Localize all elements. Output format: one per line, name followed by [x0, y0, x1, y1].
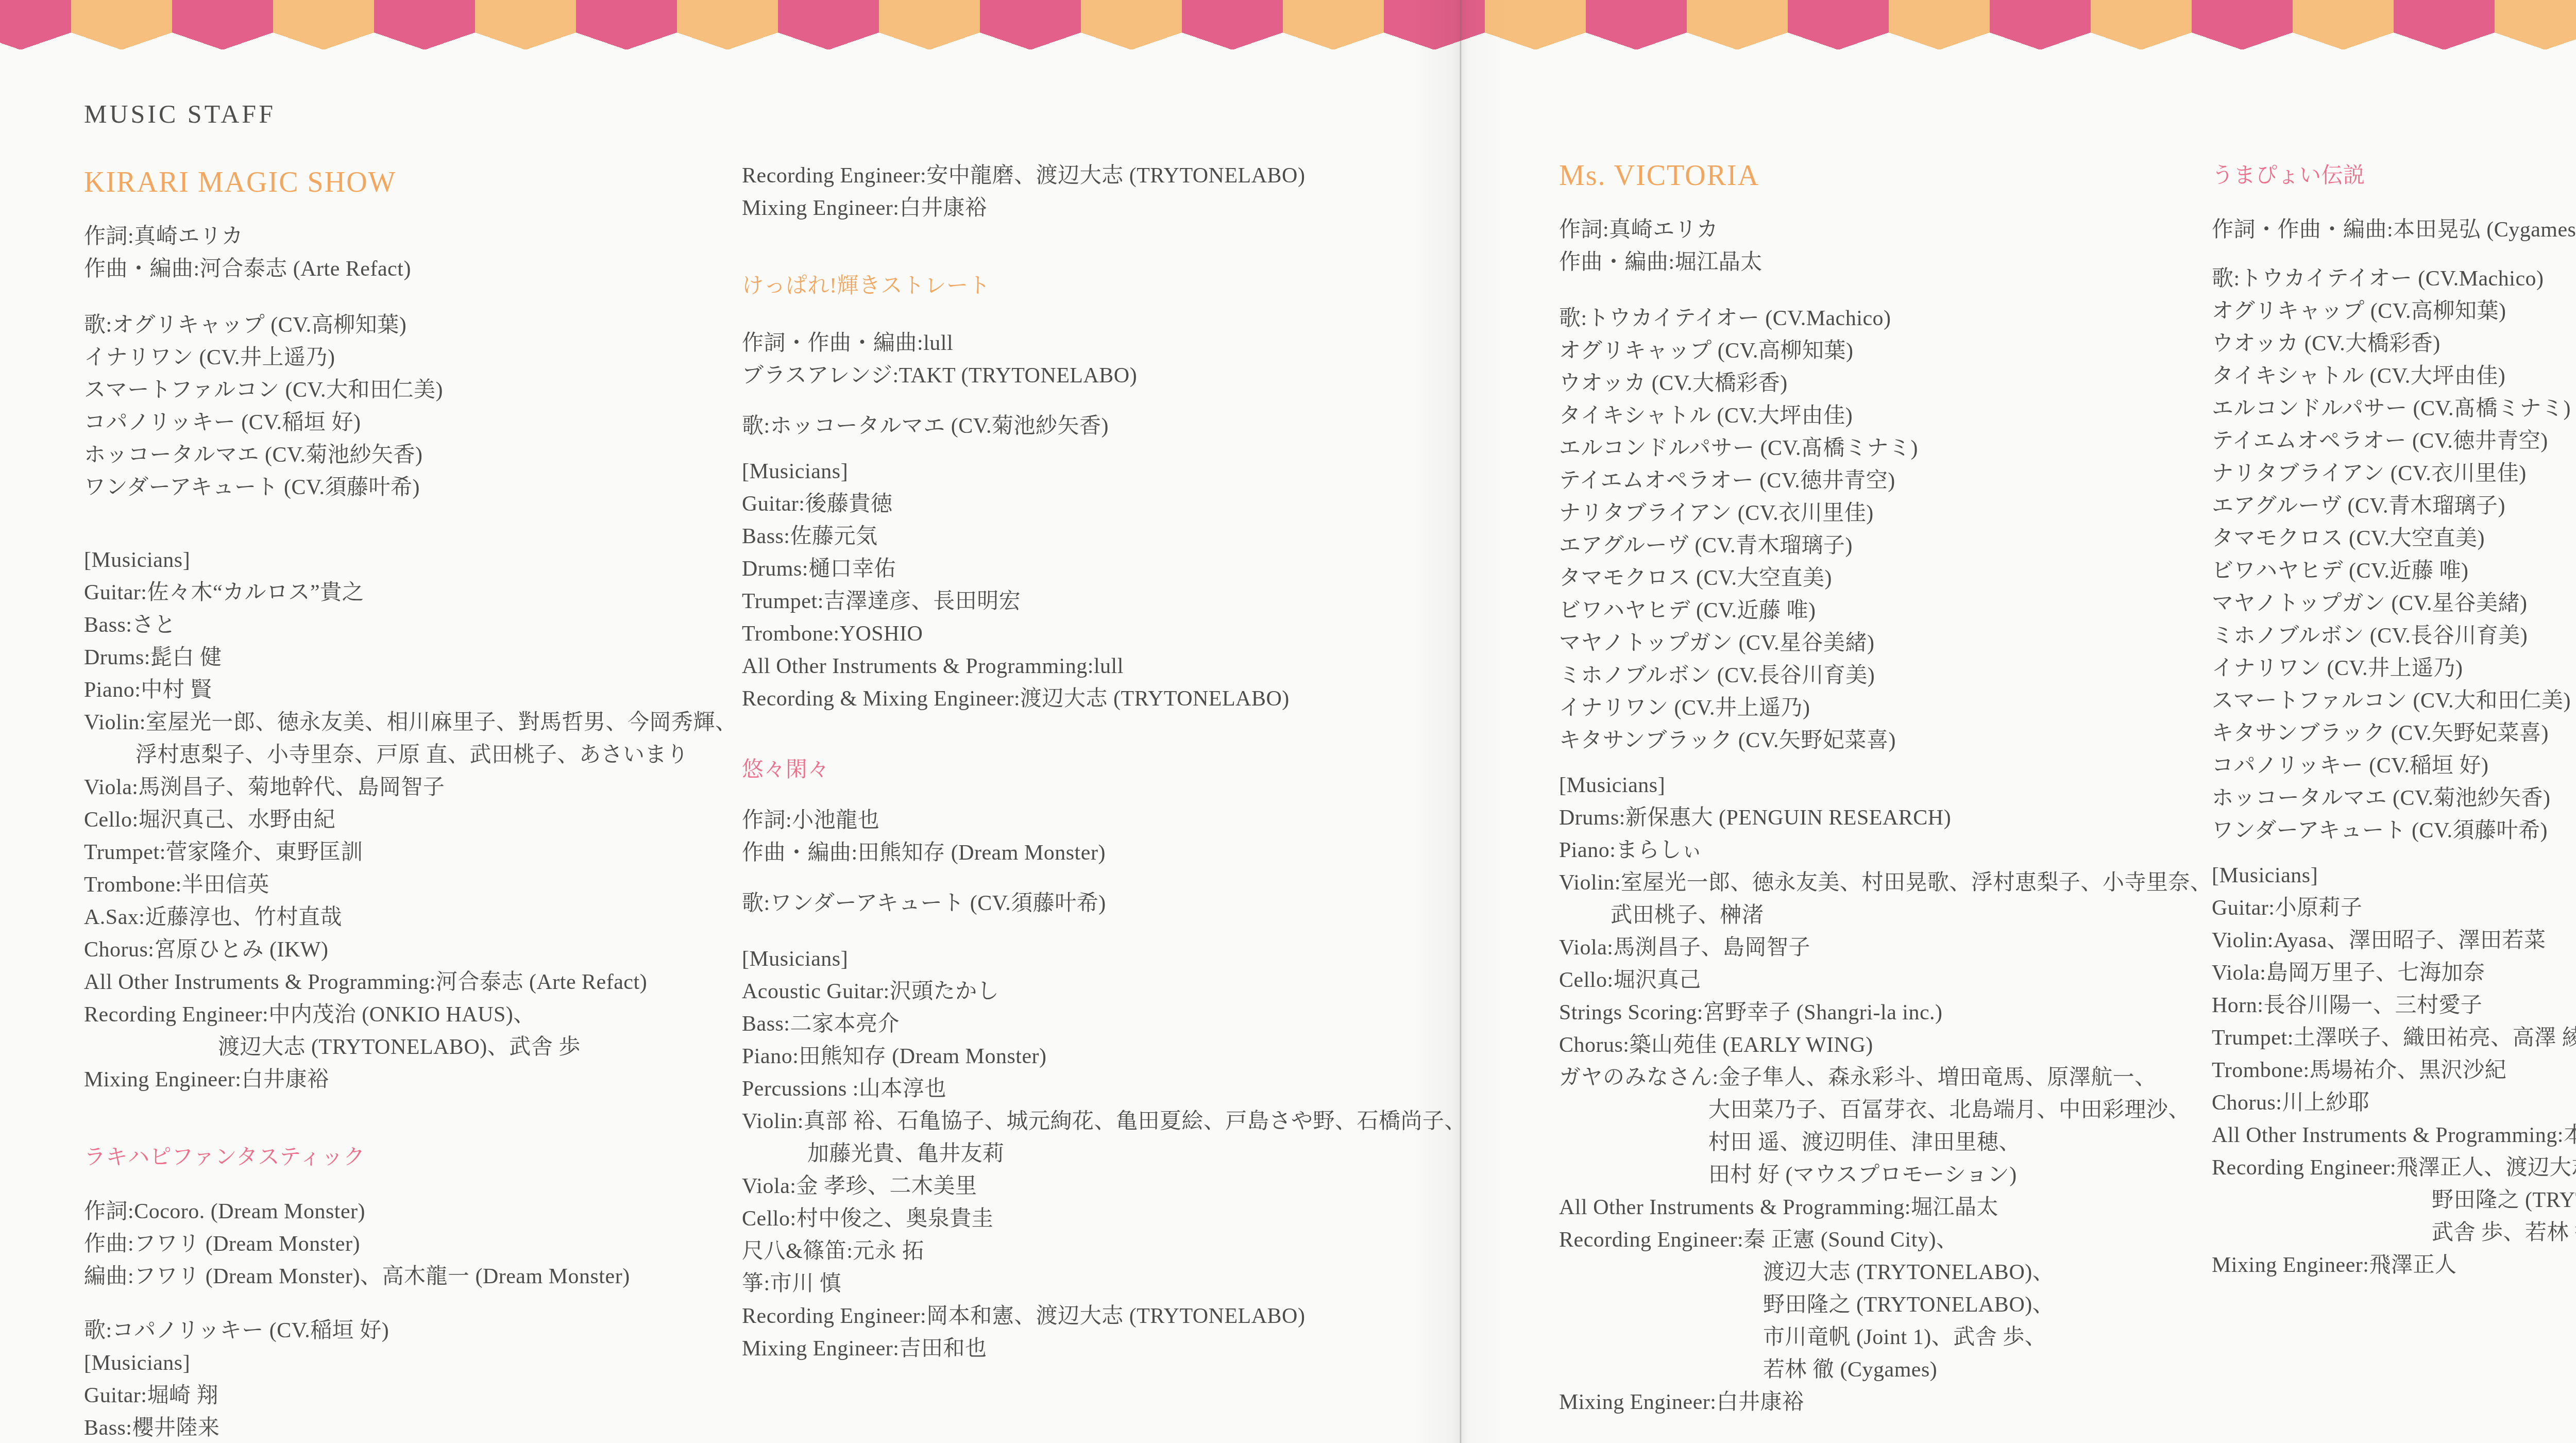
credit-line: ビワハヤヒデ (CV.近藤 唯): [1559, 595, 2212, 627]
credit-line: Mixing Engineer:白井康裕: [84, 1064, 737, 1096]
credit-line: マヤノトップガン (CV.星谷美緒): [2212, 588, 2576, 620]
column-3: Ms. VICTORIA作詞:真崎エリカ作曲・編曲:堀江晶太歌:トウカイテイオー…: [1559, 160, 2212, 1419]
credit-line: 村田 遥、渡辺明佳、津田里穂、: [1559, 1127, 2212, 1159]
credit-line: 歌:コパノリッキー (CV.稲垣 好): [84, 1315, 737, 1347]
credit-line: エアグルーヴ (CV.青木瑠璃子): [1559, 530, 2212, 562]
credit-line: Bass:佐藤元気: [742, 521, 1466, 553]
credit-line: Chorus:築山苑佳 (EARLY WING): [1559, 1029, 2212, 1062]
credit-line: Recording Engineer:秦 正憲 (Sound City)、: [1559, 1224, 2212, 1256]
credit-line: ビワハヤヒデ (CV.近藤 唯): [2212, 555, 2576, 588]
credit-line: 武舎 歩、若林 徹 (Cygames): [2212, 1217, 2576, 1249]
song-title-header: けっぱれ!輝きストレート: [742, 270, 1466, 303]
credit-line: All Other Instruments & Programming:lull: [742, 650, 1466, 683]
credit-line: Chorus:川上紗耶: [2212, 1087, 2576, 1119]
song-title-header: KIRARI MAGIC SHOW: [84, 166, 737, 199]
credit-line: Viola:金 孝珍、二木美里: [742, 1170, 1466, 1203]
credit-line: Piano:中村 賢: [84, 674, 737, 707]
credit-line: ブラスアレンジ:TAKT (TRYTONELABO): [742, 360, 1466, 392]
credit-line: 作詞:真崎エリカ: [1559, 214, 2212, 246]
column-4: うまぴょい伝説作詞・作曲・編曲:本田晃弘 (Cygames)歌:トウカイテイオー…: [2212, 160, 2576, 1282]
credit-line: 若林 徹 (Cygames): [1559, 1354, 2212, 1386]
credit-line: 渡辺大志 (TRYTONELABO)、武舎 歩: [84, 1031, 737, 1064]
credit-line: イナリワン (CV.井上遥乃): [84, 342, 737, 374]
credit-line: Mixing Engineer:白井康裕: [1559, 1386, 2212, 1419]
song-title-header: うまぴょい伝説: [2212, 160, 2576, 192]
column-2: Recording Engineer:安中龍磨、渡辺大志 (TRYTONELAB…: [742, 160, 1466, 1365]
credit-line: Cello:堀沢真己: [1559, 964, 2212, 997]
credit-line: Guitar:佐々木“カルロス”貴之: [84, 577, 737, 609]
song-title-header: ラキハピファンタスティック: [84, 1142, 737, 1174]
credit-line: 武田桃子、榊渚: [1559, 899, 2212, 932]
credit-line: 浮村恵梨子、小寺里奈、戸原 直、武田桃子、あさいまり: [84, 739, 737, 771]
credit-line: ミホノブルボン (CV.長谷川育美): [2212, 620, 2576, 652]
credit-line: Recording & Mixing Engineer:渡辺大志 (TRYTON…: [742, 683, 1466, 715]
song-title-header: 悠々閑々: [742, 754, 1466, 786]
credit-line: スマートファルコン (CV.大和田仁美): [2212, 685, 2576, 717]
credit-line: ナリタブライアン (CV.衣川里佳): [1559, 497, 2212, 530]
credit-line: 箏:市川 慎: [742, 1268, 1466, 1300]
credit-line: 作詞:小池龍也: [742, 804, 1466, 837]
credit-line: [Musicians]: [2212, 860, 2576, 892]
credit-line: All Other Instruments & Programming:河合泰志…: [84, 966, 737, 999]
credit-line: Mixing Engineer:飛澤正人: [2212, 1249, 2576, 1282]
credit-line: Drums:樋口幸佑: [742, 553, 1466, 585]
credit-line: Trombone:YOSHIO: [742, 618, 1466, 650]
credit-line: 渡辺大志 (TRYTONELABO)、: [1559, 1256, 2212, 1289]
song-title-header: Ms. VICTORIA: [1559, 160, 2212, 192]
credit-line: Violin:Ayasa、澤田昭子、澤田若菜: [2212, 925, 2576, 957]
credit-line: エルコンドルパサー (CV.髙橋ミナミ): [2212, 393, 2576, 425]
credit-line: エルコンドルパサー (CV.髙橋ミナミ): [1559, 432, 2212, 465]
credit-line: Trombone:馬場祐介、黒沢沙紀: [2212, 1054, 2576, 1087]
credit-line: [Musicians]: [84, 544, 737, 577]
credit-line: Mixing Engineer:吉田和也: [742, 1333, 1466, 1365]
credit-line: Bass:櫻井陸来: [84, 1412, 737, 1443]
page-title: MUSIC STAFF: [84, 98, 737, 130]
credit-line: コパノリッキー (CV.稲垣 好): [84, 407, 737, 439]
credit-line: [Musicians]: [1559, 769, 2212, 802]
credit-line: Cello:村中俊之、奥泉貴圭: [742, 1203, 1466, 1235]
credit-line: ガヤのみなさん:金子隼人、森永彩斗、増田竜馬、原澤航一、: [1559, 1062, 2212, 1094]
credit-line: Percussions :山本淳也: [742, 1073, 1466, 1105]
credit-line: タイキシャトル (CV.大坪由佳): [2212, 360, 2576, 393]
credit-line: ホッコータルマエ (CV.菊池紗矢香): [2212, 782, 2576, 815]
credit-line: Guitar:小原莉子: [2212, 892, 2576, 925]
credit-line: ワンダーアキュート (CV.須藤叶希): [2212, 815, 2576, 847]
credit-line: Viola:馬渕昌子、菊地幹代、島岡智子: [84, 771, 737, 804]
credit-line: Piano:田熊知存 (Dream Monster): [742, 1041, 1466, 1073]
credit-line: 作詞・作曲・編曲:本田晃弘 (Cygames): [2212, 214, 2576, 246]
credit-line: Violin:室屋光一郎、徳永友美、村田晃歌、浮村恵梨子、小寺里奈、: [1559, 867, 2212, 899]
credit-line: 作曲・編曲:田熊知存 (Dream Monster): [742, 837, 1466, 869]
credit-line: Trumpet:菅家隆介、東野匡訓: [84, 836, 737, 869]
credit-line: Recording Engineer:中内茂治 (ONKIO HAUS)、: [84, 999, 737, 1031]
credit-line: タマモクロス (CV.大空直美): [2212, 523, 2576, 555]
credit-line: Bass:二家本亮介: [742, 1008, 1466, 1041]
credit-line: Strings Scoring:宮野幸子 (Shangri-la inc.): [1559, 997, 2212, 1029]
credit-line: 歌:ワンダーアキュート (CV.須藤叶希): [742, 887, 1466, 920]
credit-line: Recording Engineer:飛澤正人、渡辺大志 (TRYTONELAB…: [2212, 1152, 2576, 1184]
credit-line: Horn:長谷川陽一、三村愛子: [2212, 989, 2576, 1022]
credit-line: ミホノブルボン (CV.長谷川育美): [1559, 660, 2212, 692]
credit-line: 歌:トウカイテイオー (CV.Machico): [1559, 303, 2212, 335]
credit-line: テイエムオペラオー (CV.徳井青空): [2212, 425, 2576, 458]
credit-line: 大田菜乃子、百冨芽衣、北島端月、中田彩理沙、: [1559, 1094, 2212, 1127]
credit-line: Recording Engineer:安中龍磨、渡辺大志 (TRYTONELAB…: [742, 160, 1466, 192]
credit-line: ウオッカ (CV.大橋彩香): [2212, 328, 2576, 360]
credit-line: 作詞:真崎エリカ: [84, 221, 737, 253]
credit-line: 作曲・編曲:河合泰志 (Arte Refact): [84, 253, 737, 286]
credit-line: ワンダーアキュート (CV.須藤叶希): [84, 472, 737, 504]
credit-line: Recording Engineer:岡本和憲、渡辺大志 (TRYTONELAB…: [742, 1300, 1466, 1333]
credit-line: Violin:真部 裕、石亀協子、城元絢花、亀田夏絵、戸島さや野、石橋尚子、: [742, 1105, 1466, 1138]
credit-line: All Other Instruments & Programming:本田晃弘…: [2212, 1119, 2576, 1152]
column-1: MUSIC STAFFKIRARI MAGIC SHOW作詞:真崎エリカ作曲・編…: [84, 98, 737, 1443]
credit-line: [Musicians]: [742, 456, 1466, 488]
credit-line: オグリキャップ (CV.高柳知葉): [1559, 335, 2212, 367]
credit-line: タマモクロス (CV.大空直美): [1559, 562, 2212, 595]
credit-line: 作詞:Cocoro. (Dream Monster): [84, 1196, 737, 1228]
credit-line: ホッコータルマエ (CV.菊池紗矢香): [84, 439, 737, 472]
credit-line: Acoustic Guitar:沢頭たかし: [742, 976, 1466, 1008]
credit-line: キタサンブラック (CV.矢野妃菜喜): [2212, 717, 2576, 750]
credit-line: マヤノトップガン (CV.星谷美緒): [1559, 627, 2212, 660]
credit-line: Drums:髭白 健: [84, 642, 737, 674]
credit-line: 野田隆之 (TRYTONELABO)、: [1559, 1289, 2212, 1321]
credit-line: All Other Instruments & Programming:堀江晶太: [1559, 1192, 2212, 1224]
credit-line: イナリワン (CV.井上遥乃): [2212, 652, 2576, 685]
credit-line: タイキシャトル (CV.大坪由佳): [1559, 400, 2212, 432]
credit-line: Trumpet:土澤咲子、織田祐亮、高澤 綾: [2212, 1022, 2576, 1054]
bunting-border: [0, 0, 2576, 49]
credit-line: Violin:室屋光一郎、徳永友美、相川麻里子、對馬哲男、今岡秀輝、: [84, 707, 737, 739]
credit-line: Trumpet:吉澤達彦、長田明宏: [742, 585, 1466, 618]
credit-line: Viola:馬渕昌子、島岡智子: [1559, 932, 2212, 964]
credit-line: 尺八&篠笛:元永 拓: [742, 1235, 1466, 1268]
credit-line: 歌:ホッコータルマエ (CV.菊池紗矢香): [742, 410, 1466, 443]
credit-line: キタサンブラック (CV.矢野妃菜喜): [1559, 725, 2212, 757]
credit-line: Piano:まらしぃ: [1559, 834, 2212, 867]
credit-line: コパノリッキー (CV.稲垣 好): [2212, 750, 2576, 782]
credit-line: [Musicians]: [84, 1347, 737, 1380]
credit-line: スマートファルコン (CV.大和田仁美): [84, 374, 737, 407]
credit-line: 歌:トウカイテイオー (CV.Machico): [2212, 263, 2576, 295]
credit-line: 編曲:フワリ (Dream Monster)、高木龍一 (Dream Monst…: [84, 1261, 737, 1293]
credit-line: Trombone:半田信英: [84, 869, 737, 901]
credit-line: Guitar:後藤貴徳: [742, 488, 1466, 521]
credit-line: Guitar:堀崎 翔: [84, 1380, 737, 1412]
credit-line: オグリキャップ (CV.高柳知葉): [2212, 295, 2576, 328]
credit-line: 作曲:フワリ (Dream Monster): [84, 1228, 737, 1261]
credit-line: ウオッカ (CV.大橋彩香): [1559, 367, 2212, 400]
credit-line: 歌:オグリキャップ (CV.高柳知葉): [84, 309, 737, 342]
credit-line: Bass:さと: [84, 609, 737, 642]
credit-line: 作曲・編曲:堀江晶太: [1559, 246, 2212, 279]
credit-line: Viola:島岡万里子、七海加奈: [2212, 957, 2576, 989]
credit-line: 野田隆之 (TRYTONELABO)、辻中聡佑、: [2212, 1184, 2576, 1217]
credit-line: テイエムオペラオー (CV.徳井青空): [1559, 465, 2212, 497]
credit-line: ナリタブライアン (CV.衣川里佳): [2212, 458, 2576, 490]
credit-line: Drums:新保惠大 (PENGUIN RESEARCH): [1559, 802, 2212, 834]
credit-line: A.Sax:近藤淳也、竹村直哉: [84, 901, 737, 934]
credit-line: Mixing Engineer:白井康裕: [742, 192, 1466, 225]
credit-line: Cello:堀沢真己、水野由紀: [84, 804, 737, 836]
credit-line: 田村 好 (マウスプロモーション): [1559, 1159, 2212, 1192]
credit-line: [Musicians]: [742, 943, 1466, 976]
credit-line: 加藤光貴、亀井友莉: [742, 1138, 1466, 1170]
credit-line: エアグルーヴ (CV.青木瑠璃子): [2212, 490, 2576, 523]
credit-line: 作詞・作曲・編曲:lull: [742, 327, 1466, 360]
credit-line: イナリワン (CV.井上遥乃): [1559, 692, 2212, 725]
credit-line: Chorus:宮原ひとみ (IKW): [84, 934, 737, 966]
credit-line: 市川竜帆 (Joint 1)、武舎 歩、: [1559, 1321, 2212, 1354]
